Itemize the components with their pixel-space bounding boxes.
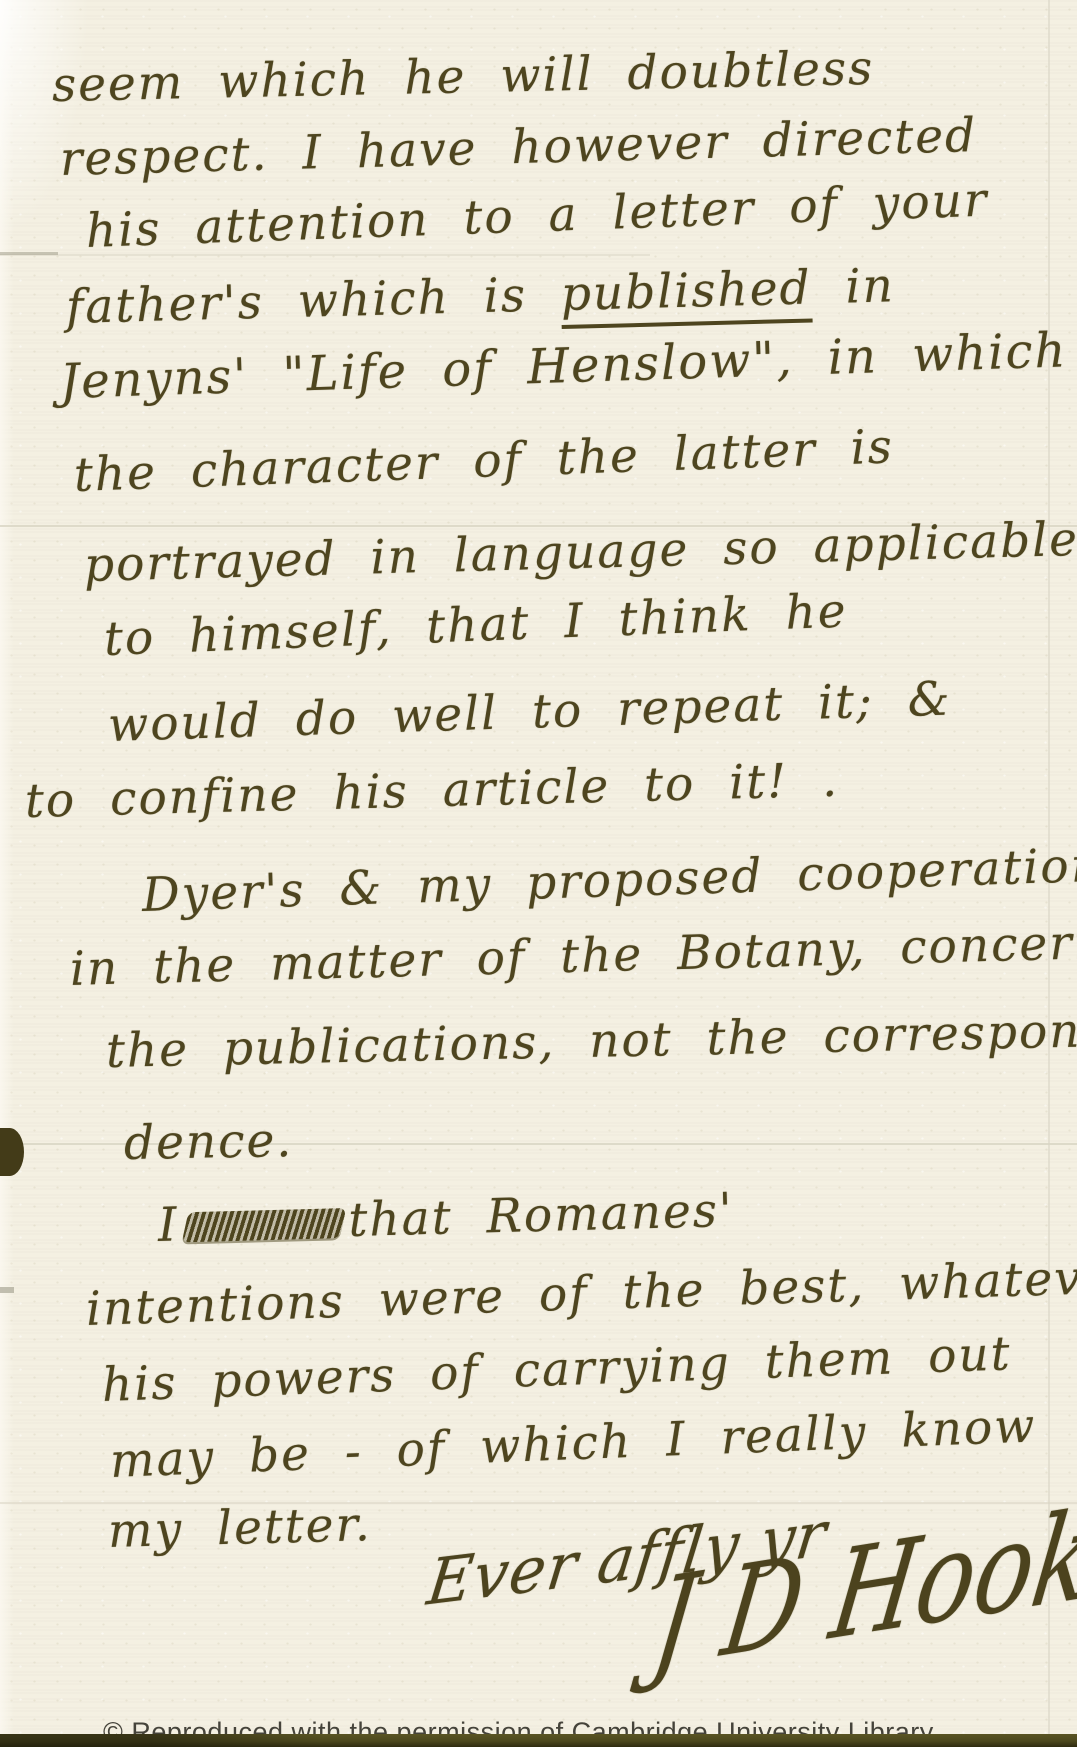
handwriting-line: in the matter of the Botany, concerned: [69, 917, 1077, 993]
ink-blot: [0, 1128, 24, 1176]
handwriting-line: Jenyns' "Life of Henslow", in which: [59, 326, 1068, 406]
edge-mark: [0, 1287, 14, 1293]
handwriting-line: would do well to repeat it; &: [107, 676, 952, 749]
handwriting-line: to himself, that I think he: [103, 587, 848, 663]
handwriting-line: the character of the latter is: [73, 423, 894, 499]
signature: J D Hooker: [646, 1477, 1077, 1687]
handwriting-line: his powers of carrying them out: [101, 1330, 1012, 1409]
handwriting-line: seem which he will doubtless: [52, 45, 875, 109]
letter-scan-page: seem which he will doubtless respect. I …: [0, 0, 1077, 1747]
handwriting-line: may be - of which I really know: [109, 1402, 1037, 1485]
line-text: father's which is: [65, 267, 561, 335]
handwriting-line: the publications, not the correspon-: [106, 1007, 1077, 1075]
line-text: I: [157, 1197, 179, 1253]
paper-corner-highlight: [0, 0, 90, 240]
handwriting-line: to confine his article to it! .: [24, 757, 839, 825]
handwriting-line: intentions were of the best, whatever: [85, 1253, 1077, 1333]
underlined-word: published: [560, 260, 812, 329]
scribbled-out-word: [181, 1208, 346, 1242]
handwriting-line: respect. I have however directed: [59, 112, 977, 183]
handwriting-line: father's which is published in: [65, 262, 895, 331]
scan-bottom-band: [0, 1734, 1077, 1747]
handwriting-line: Ithat Romanes': [157, 1187, 734, 1249]
handwriting-line: dence.: [124, 1117, 294, 1167]
handwriting-line: my letter.: [107, 1501, 372, 1555]
handwriting-line: his attention to a letter of your: [85, 177, 989, 255]
line-text: in: [811, 258, 896, 315]
line-text: that Romanes': [348, 1183, 735, 1248]
edge-mark: [0, 252, 58, 255]
paper-left-edge: [0, 0, 14, 1747]
handwriting-line: Dyer's & my proposed cooperation: [141, 842, 1077, 919]
